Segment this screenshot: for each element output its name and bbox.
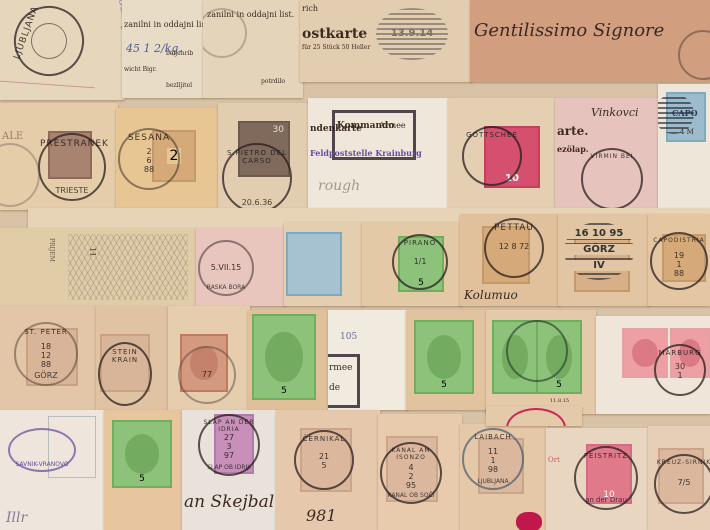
portrait-card: 77 <box>168 306 250 410</box>
capo-card: CAPO 4 M <box>658 84 710 210</box>
postmark-stein: STEIN KRAIN <box>98 342 152 406</box>
postmark-slap: SLAP AN DER IDRIA 27 3 97 SLAP OB IDRIJI <box>198 414 260 476</box>
box-cancel-armee: rmee de <box>328 354 360 408</box>
capodistria-card: CAPODISTRIA 19 1 88 <box>648 214 710 306</box>
gorz-card: 16 10 95 GÖRZ IV <box>558 214 650 306</box>
postmark-edge <box>678 30 710 80</box>
korrespondenz-card-pink: arte. ezölap. Vinkovci VIRMIN BEI <box>555 98 660 210</box>
green-5-card-b: 5 <box>406 310 488 410</box>
postmark-gottschee: GOTTSCHEE <box>462 126 522 186</box>
postmark-piran: PIRANO 1/1 <box>392 234 448 290</box>
isonzo-card: KANAL AM ISONZO 4 2 95 KANAL OB SOČI <box>378 414 462 530</box>
postmark-laibach: LAIBACH 11 1 98 LJUBLJANA <box>462 428 524 490</box>
postal-form-card-2: zanilni in oddajni list. potrdilo <box>203 0 303 98</box>
pettau-card: PETTAU 12 8 72 Kolumuo <box>460 214 560 306</box>
laibach-card: LAIBACH 11 1 98 LJUBLJANA <box>460 424 548 530</box>
red-line <box>0 81 95 89</box>
violet-pm-card: SAVNIK-VRANOVO Illr <box>0 410 106 530</box>
postmark-sesana: SESANA 2 6 88 <box>118 128 180 190</box>
postmark-ljubljana: LJUBLJANA <box>4 0 94 86</box>
kreuz-card: KREUZ-SIRNIK 7/5 <box>648 426 710 530</box>
postmark-marburg: MARBURG 30 1 <box>654 344 706 396</box>
stamp-green-franz-joseph: 5 <box>252 314 316 400</box>
feistritz-card: Ort 10 FEISTRITZ an der Drau <box>546 428 650 530</box>
stamp-blue-bordered <box>286 232 342 296</box>
prestranek-card: ALE PRESTRANEK TRIESTE <box>0 103 118 210</box>
postmark-cernikal: ČERNIKAL 21 5 <box>294 430 354 490</box>
gottschee-card: 10 GOTTSCHEE <box>448 98 560 210</box>
postmark-magenta <box>506 408 566 426</box>
postmark-faint <box>203 8 247 58</box>
postmark-kreuz: KREUZ-SIRNIK 7/5 <box>654 454 710 514</box>
green-pair-card: 5 11.8.15 <box>486 310 596 414</box>
postmark-pettau: PETTAU 12 8 72 <box>484 218 544 278</box>
postmark-feistritz: FEISTRITZ an der Drau <box>574 446 638 510</box>
stamp-green-c: 5 <box>112 420 172 488</box>
cernikal-card: ČERNIKAL 21 5 981 <box>276 410 380 530</box>
st-peter-card: ST. PETER 18 12 88 GÖRZ <box>0 306 98 410</box>
duplex-gorz: 16 10 95 GÖRZ IV <box>564 222 634 280</box>
green-5-card-c: 5 <box>104 410 184 530</box>
piran-card: 5 PIRANO 1/1 <box>362 222 462 306</box>
postmark-st-peter: ST. PETER 18 12 88 GÖRZ <box>14 322 78 386</box>
red-wax-seal <box>516 512 542 530</box>
postmark-prestranek: PRESTRANEK TRIESTE <box>38 133 106 201</box>
postmark-kanal: KANAL AM ISONZO 4 2 95 KANAL OB SOČI <box>380 442 442 504</box>
postmark-capodistria: CAPODISTRIA 19 1 88 <box>650 232 708 290</box>
postmark-faint-left <box>0 143 40 207</box>
san-pietro-card: 30 S.PIETRO DEL CARSO 20.6.36 <box>218 103 310 210</box>
postmark-san-pietro: S.PIETRO DEL CARSO 20.6.36 <box>222 143 292 210</box>
sesana-card: 2 SESANA 2 6 88 <box>116 108 220 208</box>
green-5-card-a: 5 <box>248 310 330 410</box>
pink-pm-card <box>486 406 582 426</box>
marburg-card: MARBURG 30 1 <box>596 316 710 414</box>
field-card-105: 105 rmee de <box>328 310 408 410</box>
postmark-smudged <box>506 320 568 382</box>
postmark-portrait: 77 <box>178 346 236 404</box>
parcel-label-card: PRIJEM 11 <box>0 228 198 306</box>
feldpost-card: ndenkarte Kommando Armee Feldpoststelle … <box>308 98 450 210</box>
stamp-green-b: 5 <box>414 320 474 394</box>
postmark-violet: SAVNIK-VRANOVO <box>8 428 76 472</box>
hatch-pattern <box>68 234 188 300</box>
slap-card: SLAP AN DER IDRIA 27 3 97 SLAP OB IDRIJI… <box>182 410 278 530</box>
postal-form-card: zanilni in oddajni list. 45 1 2/kg. belj… <box>122 0 204 98</box>
letter-sheet: Gentilissimo Signore <box>470 0 710 82</box>
postkarte-card: rich ostkarte für 25 Stück 50 Heller 13.… <box>300 0 472 82</box>
stein-card: STEIN KRAIN <box>96 306 170 410</box>
blue-stamp-card <box>284 222 364 306</box>
postmark-virmin: VIRMIN BEI <box>581 148 643 210</box>
rabac-card: 5.VII.15 RASKA BORA <box>196 228 286 306</box>
postmark-rabac: 5.VII.15 RASKA BORA <box>198 240 254 296</box>
stamp-collection-photo: LJUBLJANA Dostojna zanilni in oddajni li… <box>0 0 710 530</box>
duplex-cancel: 13.9.14 <box>376 8 448 60</box>
postal-form-card-left: LJUBLJANA Dostojna <box>0 0 125 100</box>
